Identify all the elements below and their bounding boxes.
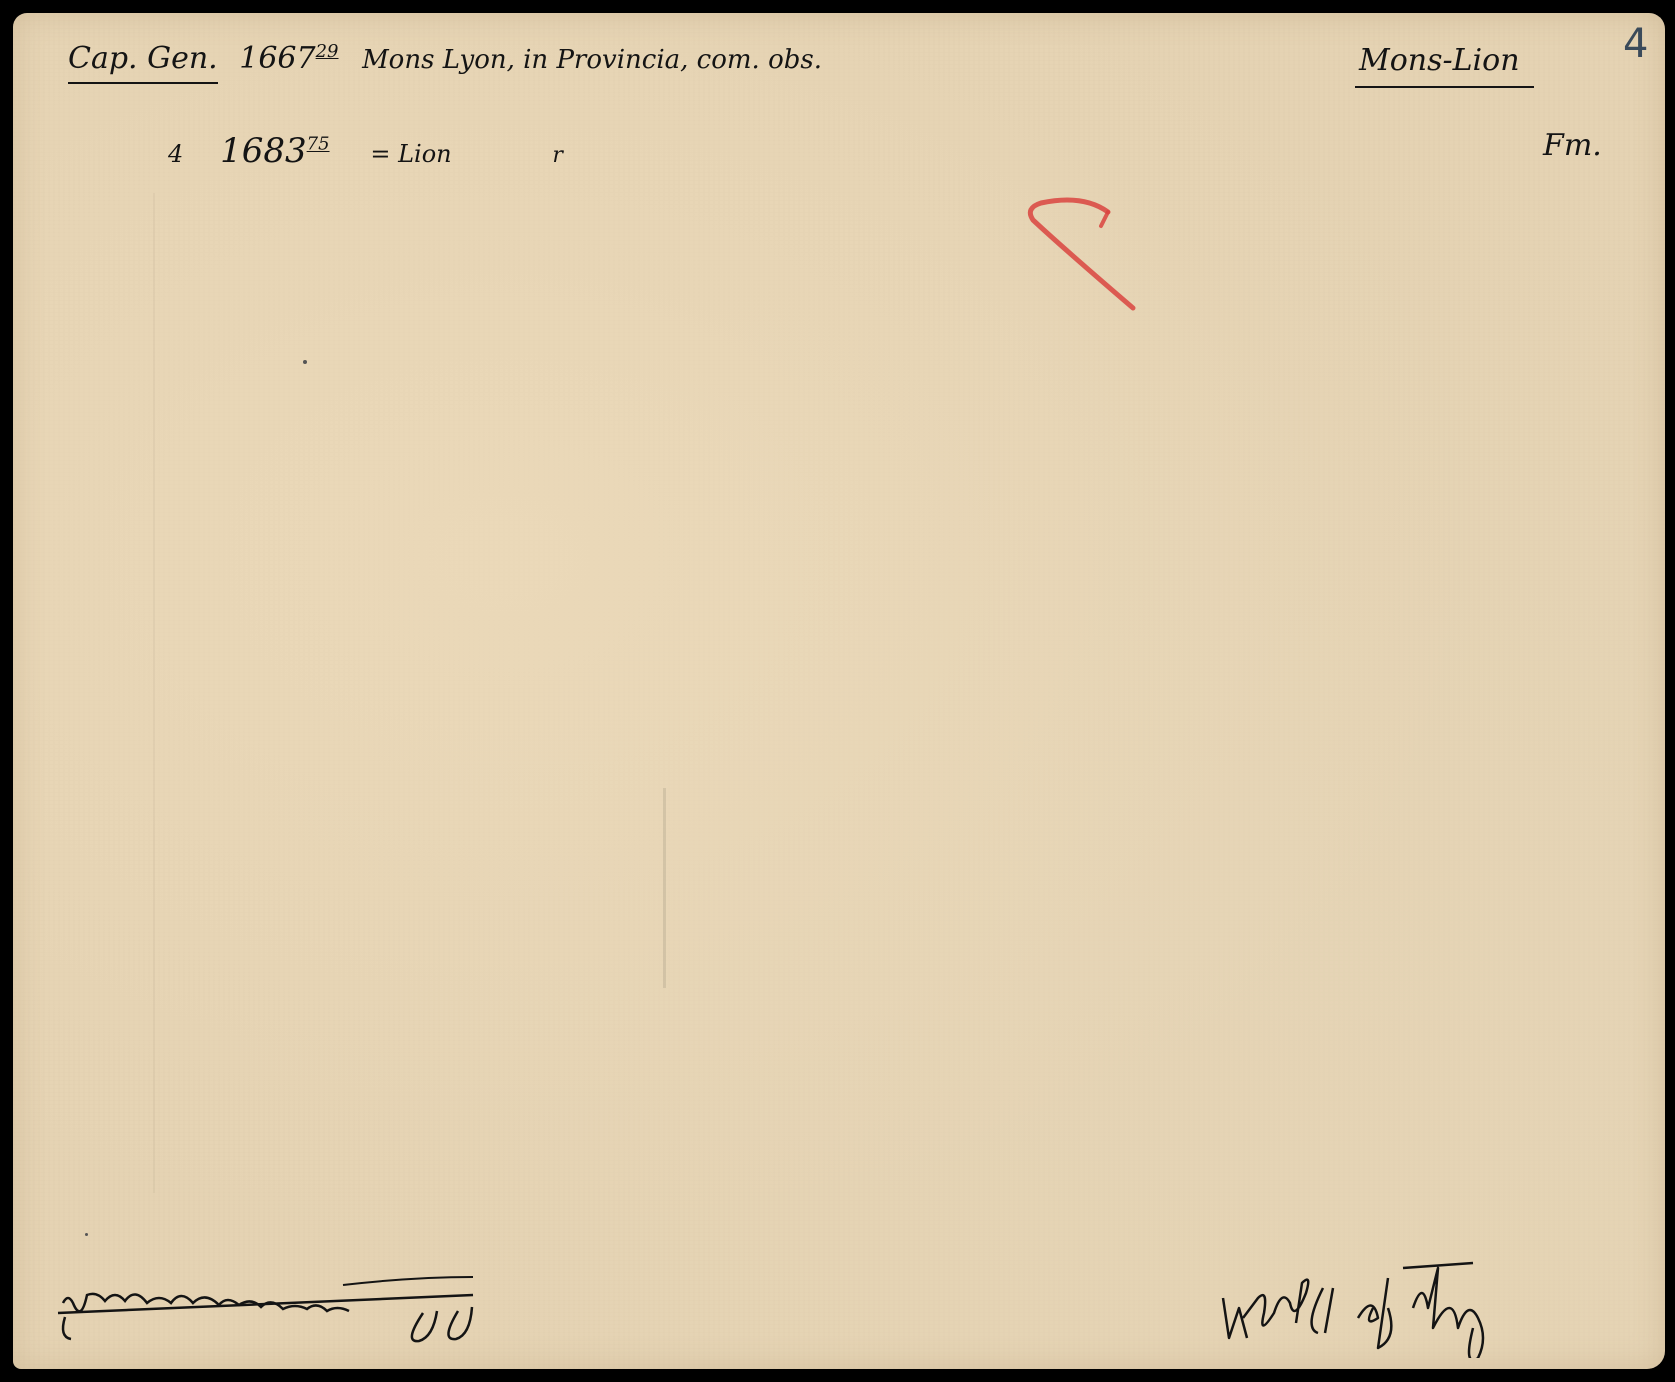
crease-left xyxy=(153,193,155,1193)
mark-r: r xyxy=(552,143,563,168)
location-text: Mons Lyon, in Provincia, com. obs. xyxy=(362,45,822,75)
year-1683: 1683 xyxy=(220,131,307,171)
index-card: Cap. Gen. 166729 Mons Lyon, in Provincia… xyxy=(13,13,1665,1369)
year-1667: 1667 xyxy=(239,41,315,76)
crease-center xyxy=(663,788,666,988)
subheading-fm: Fm. xyxy=(1543,128,1602,163)
capitulum-reference: Cap. Gen. xyxy=(68,41,218,84)
bottom-left-struck-handwriting xyxy=(53,1273,513,1353)
top-left-line-1: Cap. Gen. 166729 Mons Lyon, in Provincia… xyxy=(68,41,822,76)
line2-prefix: 4 xyxy=(168,140,183,168)
superscript-29: 29 xyxy=(316,41,339,62)
lion-text: = Lion xyxy=(370,140,451,168)
speck xyxy=(85,1233,88,1236)
top-left-line-2: 4 168375 = Lion r xyxy=(168,131,563,171)
superscript-75: 75 xyxy=(307,134,330,155)
speck xyxy=(303,360,307,364)
heading-mons-lion: Mons-Lion xyxy=(1355,43,1534,88)
red-hook-mark xyxy=(1023,188,1183,328)
bottom-right-signature xyxy=(1213,1248,1553,1358)
card-number: 4 xyxy=(1623,21,1648,67)
